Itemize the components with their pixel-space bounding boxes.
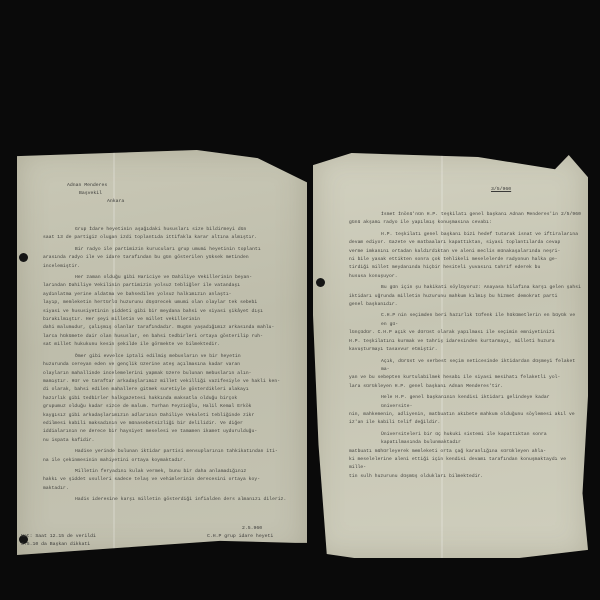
text-line: di olarak, bahsi edilen mahallere gitmek…	[43, 386, 293, 394]
signature: C.H.P grup idare heyeti	[207, 533, 273, 541]
letter-date: 3/5/960	[491, 187, 511, 192]
paragraph: H.P. teşkilatı genel başkanı bizi hedef …	[349, 231, 581, 281]
text-line: nin, mahkemenin, adliyenin, matbuatın ak…	[349, 411, 581, 419]
text-line: aydınlatma yerine aldatma ve bahsedilen …	[43, 291, 293, 299]
footnote-line: 3.5.10 da Başkan dikkati	[21, 541, 96, 549]
text-line: tirdiği millet meydanında hiçbir hesitel…	[349, 264, 581, 272]
document-right: 3/5/960 İsmet İnönü'nün H.P. teşkilatı g…	[313, 153, 588, 558]
address-line: Ankara	[67, 198, 124, 206]
address-line: Başvekil	[67, 190, 124, 198]
paragraph: Açık, dürüst ve serbest seçim neticesind…	[349, 358, 581, 392]
text-line: Ömer gibi evvelce iptali edilmiş mebusla…	[43, 353, 293, 361]
text-line: Her zaman olduğu gibi Hariciye ve Dahili…	[43, 274, 293, 282]
text-line: H.P. teşkilatını kurmak ve tahriş idares…	[349, 338, 581, 346]
paragraph: Ömer gibi evvelce iptali edilmiş mebusla…	[43, 353, 293, 445]
text-line: kavuşturmayı tasavvur etmiştir.	[349, 346, 581, 354]
paragraph: Hadise yerinde bulunan iktidar partisi m…	[43, 448, 293, 465]
text-line: Hadise yerinde bulunan iktidar partisi m…	[43, 448, 293, 456]
text-line: tin sulh huzurunu düşmüş oldukları bilme…	[349, 473, 581, 481]
text-line: Bir radyo ile partimizin kurucuları grup…	[43, 246, 293, 254]
text-line: larca hükümete dair olan hususlar, en ba…	[43, 333, 293, 341]
text-line: İsmet İnönü'nün H.P. teşkilatı genel baş…	[349, 211, 581, 219]
document-left: Adnan Menderes Başvekil Ankara Grup İdar…	[17, 150, 307, 555]
text-line: Hele H.P. genel başkanının kendisi iktid…	[349, 394, 581, 411]
text-line: genel başkanıdır.	[349, 301, 581, 309]
text-line: lünçüdür. C.H.P açık ve dürüst olarak ya…	[349, 329, 581, 337]
paragraph: Hele H.P. genel başkanının kendisi iktid…	[349, 394, 581, 428]
text-line: Açık, dürüst ve serbest seçim neticesind…	[349, 358, 581, 375]
text-line: Hadis ideresine karşı milletin gösterdiğ…	[43, 496, 293, 504]
text-line: verme imkanını ortadan kaldırdıktan ve a…	[349, 248, 581, 256]
text-line: edilmesi kabili maksadının ve münasebets…	[43, 420, 293, 428]
text-line: dahi malumudur, çalışmış olanlar tarafın…	[43, 324, 293, 332]
text-line: huzurunda cereyan eden ve gençlik üzerin…	[43, 361, 293, 369]
punch-hole	[19, 253, 28, 262]
text-line: ki meselelerine aleni ettiği için kendis…	[349, 456, 581, 473]
letter-date: 2.5.960	[242, 525, 262, 533]
text-line: layıp, memleketin hertürlü huzurunu düşü…	[43, 299, 293, 307]
text-line: devam ediyor. Gazete ve matbaaları kapat…	[349, 239, 581, 247]
footnote: Not: Saat 12.15 de verildi 3.5.10 da Baş…	[21, 533, 96, 549]
text-line: yan ve bu sebepten kurtulabilmek hesabı …	[349, 374, 581, 382]
text-line: maktadır.	[43, 485, 293, 493]
text-line: iktidarı uğrunda milletin huzurunu mahku…	[349, 293, 581, 301]
text-line: hazırlık gibi tedbirler halkgazetesi hak…	[43, 395, 293, 403]
text-line: arasında radyo ile ve idare tarafından b…	[43, 254, 293, 262]
text-line: C.H.P nin seçimden beri hazırlık tüfenk …	[349, 312, 581, 329]
paragraph: Üniversiteleri bir üç hukuki sistemi ile…	[349, 431, 581, 481]
paragraph: Bu gün için şu hakikati söylüyoruz: Anay…	[349, 284, 581, 309]
text-line: Milletin feryadını kulak vermek, bunu bi…	[43, 468, 293, 476]
letter-body: İsmet İnönü'nün H.P. teşkilatı genel baş…	[349, 211, 581, 484]
text-line: na ile çekinmesinin mahiyetini ortaya ko…	[43, 457, 293, 465]
address-line: Adnan Menderes	[67, 182, 124, 190]
text-line: iz'an ile kabili telif değildir.	[349, 419, 581, 427]
text-line: matbuatı mühürleyerek memleketi orta çağ…	[349, 448, 581, 456]
text-line: olayların mahallinde incelemelerini yapm…	[43, 370, 293, 378]
text-line: incelemiştir.	[43, 263, 293, 271]
paragraph: Bir radyo ile partimizin kurucuları grup…	[43, 246, 293, 271]
text-line: Bu gün için şu hakikati söylüyoruz: Anay…	[349, 284, 581, 292]
paragraph: Her zaman olduğu gibi Hariciye ve Dahili…	[43, 274, 293, 350]
text-line: Üniversiteleri bir üç hukuki sistemi ile…	[349, 431, 581, 448]
punch-hole	[316, 278, 325, 287]
text-line: mamıştır. Hür ve taraftar arkadaşlarımız…	[43, 378, 293, 386]
text-line: günü akşamı radyo ile yapılmış konuşması…	[349, 219, 581, 227]
text-line: hakkı ve şiddet usulleri sadece telaş ve…	[43, 476, 293, 484]
address-block: Adnan Menderes Başvekil Ankara	[67, 182, 124, 206]
text-line: siyasi ve hususiyetinin şiddeti gibi bir…	[43, 308, 293, 316]
paragraph: İsmet İnönü'nün H.P. teşkilatı genel baş…	[349, 211, 581, 228]
text-line: sat millet hukukunu kesin şekilde ile gö…	[43, 341, 293, 349]
footnote-line: Not: Saat 12.15 de verildi	[21, 533, 96, 541]
paragraph: Grup İdare heyetinin aşağıdaki hususları…	[43, 226, 293, 243]
letter-body: Grup İdare heyetinin aşağıdaki hususları…	[43, 226, 293, 508]
text-line: lara sürükleyen H.P. genel başkanı Adnan…	[349, 383, 581, 391]
paragraph: C.H.P nin seçimden beri hazırlık tüfenk …	[349, 312, 581, 354]
text-line: iddialarının ne derece bir haysiyet mese…	[43, 428, 293, 436]
text-line: kaygısız gibi arkadaşlarımızın adlarının…	[43, 412, 293, 420]
text-line: grupumuz olduğu kadar sizce de malum. Tu…	[43, 403, 293, 411]
text-line: ni bile yasak ettikten sonra çok tehlike…	[349, 256, 581, 264]
text-line: larından Dahiliye Vekilinin partimizin y…	[43, 282, 293, 290]
text-line: H.P. teşkilatı genel başkanı bizi hedef …	[349, 231, 581, 239]
text-line: Grup İdare heyetinin aşağıdaki hususları…	[43, 226, 293, 234]
text-line: hususa konuşuyor.	[349, 273, 581, 281]
text-line: saat 13 de partigiz olugan izdi toplantı…	[43, 234, 293, 242]
paragraph: Hadis ideresine karşı milletin gösterdiğ…	[43, 496, 293, 504]
text-line: nu ispata kafidir.	[43, 437, 293, 445]
paragraph: Milletin feryadını kulak vermek, bunu bi…	[43, 468, 293, 493]
text-line: bırakılmıştır. Her şeyi milletin ve mill…	[43, 316, 293, 324]
